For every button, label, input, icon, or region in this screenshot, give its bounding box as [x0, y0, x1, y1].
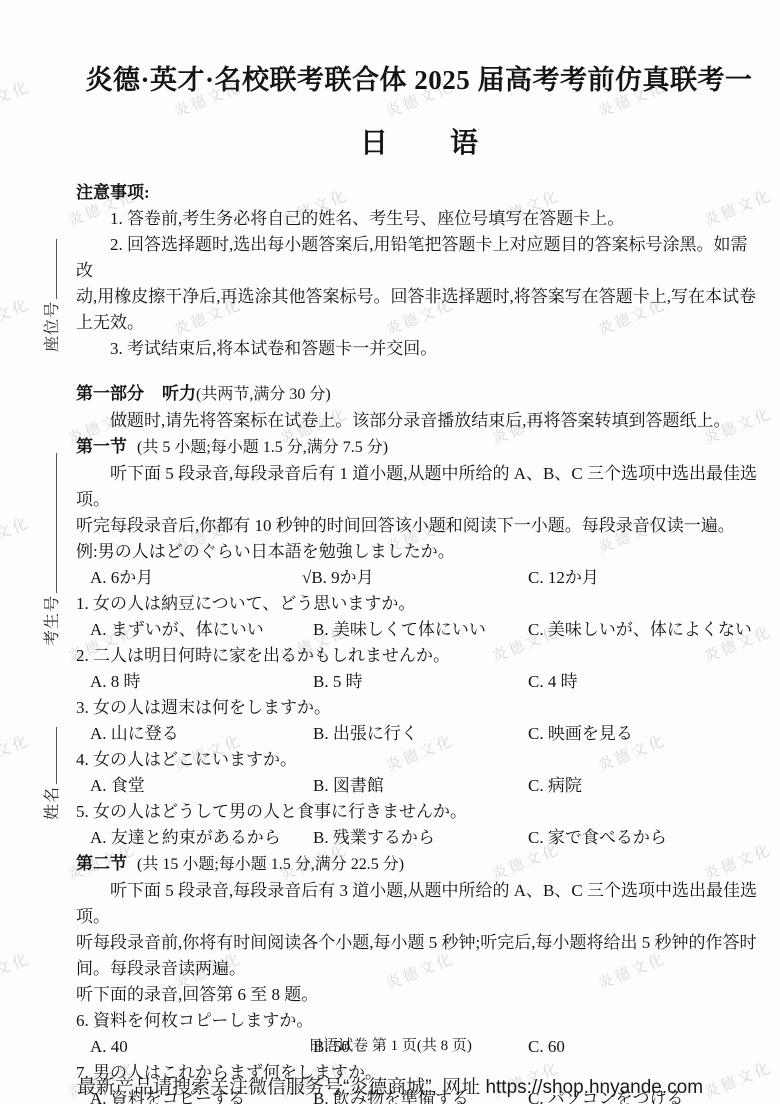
- question-text: 4. 女の人はどこにいますか。: [76, 747, 762, 773]
- part1-score: (共两节,满分 30 分): [196, 386, 331, 403]
- option-c: C. 美味しいが、体によくない: [528, 617, 762, 643]
- option-a: A. まずいが、体にいい: [90, 617, 313, 643]
- subject-title: 日语: [76, 121, 762, 161]
- option-a: A. 6か月: [90, 565, 313, 591]
- section2-score: (共 15 小题;每小题 1.5 分,满分 22.5 分): [137, 856, 404, 873]
- watermark: 炎德文化: [0, 947, 33, 993]
- watermark: 炎德文化: [0, 75, 33, 121]
- option-b: B. 図書館: [313, 773, 528, 799]
- section1-heading: 第一节(共 5 小题;每小题 1.5 分,满分 7.5 分): [76, 434, 762, 461]
- option-b-checked: √B. 9か月: [313, 565, 528, 591]
- question-text: 6. 資料を何枚コピーしますか。: [76, 1008, 762, 1034]
- subject-char-2: 语: [450, 128, 478, 159]
- options-row: A. 友達と約束があるから B. 残業するから C. 家で食べるから: [76, 825, 762, 851]
- option-c: C. 12か月: [528, 565, 762, 591]
- section2-heading: 第二节(共 15 小题;每小题 1.5 分,满分 22.5 分): [76, 851, 762, 878]
- notice-item: 上无效。: [76, 310, 762, 336]
- option-c: C. 病院: [528, 773, 762, 799]
- option-b: B. 出張に行く: [313, 721, 528, 747]
- options-row: A. 食堂 B. 図書館 C. 病院: [76, 773, 762, 799]
- section1-intro-line: 听下面 5 段录音,每段录音后有 1 道小题,从题中所给的 A、B、C 三个选项…: [76, 461, 762, 513]
- student-name-blank: [42, 727, 57, 784]
- section2-label: 第二节: [76, 854, 127, 873]
- section1-label: 第一节: [76, 437, 127, 456]
- part1-title: 听力: [162, 384, 196, 403]
- example-options-row: A. 6か月 √B. 9か月 C. 12か月: [76, 565, 762, 591]
- section2-intro-line: 听每段录音前,你将有时间阅读各个小题,每小题 5 秒钟;听完后,每小题将给出 5…: [76, 930, 762, 956]
- seat-number-field: 座位号: [42, 239, 63, 352]
- page-title: 炎德·英才·名校联考联合体 2025 届高考考前仿真联考一: [76, 58, 762, 97]
- part1-label: 第一部分: [76, 384, 144, 403]
- notice-heading: 注意事项:: [76, 180, 762, 206]
- candidate-number-blank: [42, 453, 57, 593]
- option-a: A. 友達と約束があるから: [90, 825, 313, 851]
- option-a: A. 8 時: [90, 669, 313, 695]
- options-row: A. 山に登る B. 出張に行く C. 映画を見る: [76, 721, 762, 747]
- candidate-number-field: 考生号: [42, 453, 63, 646]
- question-text: 1. 女の人は納豆について、どう思いますか。: [76, 591, 762, 617]
- notice-item: 动,用橡皮擦干净后,再选涂其他答案标号。回答非选择题时,将答案写在答题卡上,写在…: [76, 284, 762, 310]
- option-b: B. 美味しくて体にいい: [313, 617, 528, 643]
- seat-number-blank: [42, 239, 57, 299]
- candidate-number-label: 考生号: [44, 595, 61, 646]
- exam-paper-page: 炎德文化炎德文化炎德文化炎德文化炎德文化炎德文化炎德文化炎德文化炎德文化炎德文化…: [0, 0, 780, 1104]
- question-text: 3. 女の人は週末は何をしますか。: [76, 695, 762, 721]
- exam-body: 注意事项: 1. 答卷前,考生务必将自己的姓名、考生号、座位号填写在答题卡上。 …: [76, 180, 762, 1104]
- section2-instruction: 听下面的录音,回答第 6 至 8 题。: [76, 982, 762, 1008]
- option-b: B. 残業するから: [313, 825, 528, 851]
- option-a: A. 食堂: [90, 773, 313, 799]
- page-footer: 日语试卷 第 1 页(共 8 页): [0, 1034, 780, 1055]
- section2-intro-line: 间。每段录音读两遍。: [76, 956, 762, 982]
- watermark: 炎德文化: [0, 729, 33, 775]
- part1-heading: 第一部分听力(共两节,满分 30 分): [76, 381, 762, 408]
- notice-item: 1. 答卷前,考生务必将自己的姓名、考生号、座位号填写在答题卡上。: [76, 206, 762, 232]
- notice-item: 3. 考试结束后,将本试卷和答题卡一并交回。: [76, 336, 762, 362]
- notice-item: 2. 回答选择题时,选出每小题答案后,用铅笔把答题卡上对应题目的答案标号涂黑。如…: [76, 232, 762, 284]
- section1-score: (共 5 小题;每小题 1.5 分,满分 7.5 分): [137, 439, 388, 456]
- watermark: 炎德文化: [0, 511, 33, 557]
- section1-intro-line: 听完每段录音后,你都有 10 秒钟的时间回答该小题和阅读下一小题。每段录音仅读一…: [76, 513, 762, 539]
- watermark: 炎德文化: [0, 293, 33, 339]
- promo-line: 最新产品请搜索关注微信服务号“炎德商城”, 网址 https://shop.hn…: [0, 1072, 780, 1099]
- header: 炎德·英才·名校联考联合体 2025 届高考考前仿真联考一 日语: [76, 58, 762, 161]
- question-text: 2. 二人は明日何時に家を出るかもしれませんか。: [76, 643, 762, 669]
- option-c: C. 映画を見る: [528, 721, 762, 747]
- question-text: 5. 女の人はどうして男の人と食事に行きませんか。: [76, 799, 762, 825]
- options-row: A. まずいが、体にいい B. 美味しくて体にいい C. 美味しいが、体によくな…: [76, 617, 762, 643]
- example-question: 例:男の人はどのぐらい日本語を勉強しましたか。: [76, 539, 762, 565]
- options-row: A. 8 時 B. 5 時 C. 4 時: [76, 669, 762, 695]
- seat-number-label: 座位号: [44, 301, 61, 352]
- option-b: B. 5 時: [313, 669, 528, 695]
- student-name-label: 姓名: [44, 786, 61, 820]
- option-c: C. 家で食べるから: [528, 825, 762, 851]
- option-c: C. 4 時: [528, 669, 762, 695]
- student-name-field: 姓名: [42, 727, 63, 820]
- option-a: A. 山に登る: [90, 721, 313, 747]
- section2-intro-line: 听下面 5 段录音,每段录音后有 3 道小题,从题中所给的 A、B、C 三个选项…: [76, 878, 762, 930]
- part1-intro: 做题时,请先将答案标在试卷上。该部分录音播放结束后,再将答案转填到答题纸上。: [76, 408, 762, 434]
- subject-char-1: 日: [360, 128, 388, 159]
